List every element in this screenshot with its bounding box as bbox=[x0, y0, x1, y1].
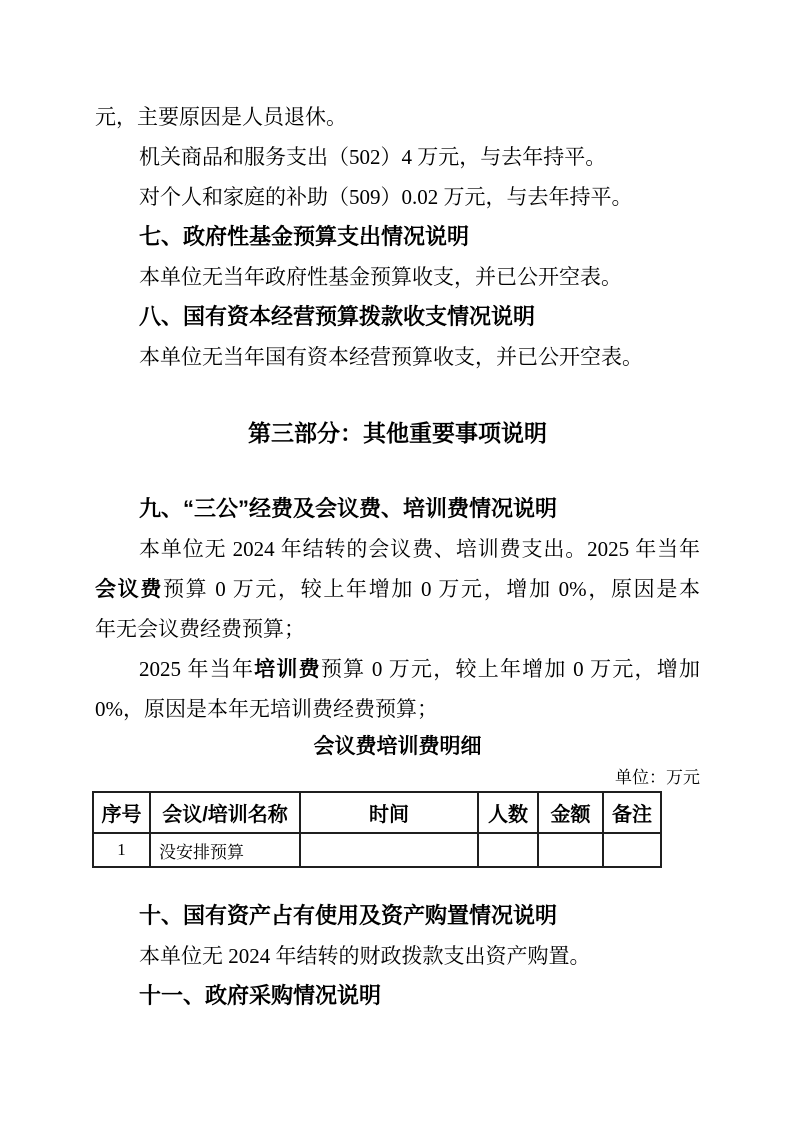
section8-heading: 八、国有资本经营预算拨款收支情况说明 bbox=[95, 297, 700, 337]
bold-term-meeting-fee: 会议费 bbox=[95, 577, 163, 601]
section8-body: 本单位无当年国有资本经营预算收支，并已公开空表。 bbox=[95, 337, 700, 377]
paragraph-text: 预算 0 万元，较上年增加 0 万元，增加 0%，原因是本 bbox=[163, 577, 700, 601]
cell-index: 1 bbox=[93, 833, 150, 867]
cell-remark bbox=[603, 833, 661, 867]
body-line-502: 机关商品和服务支出（502）4 万元，与去年持平。 bbox=[95, 137, 700, 177]
part3-title: 第三部分：其他重要事项说明 bbox=[95, 413, 700, 453]
spacer bbox=[95, 377, 700, 413]
section10-body: 本单位无 2024 年结转的财政拨款支出资产购置。 bbox=[95, 936, 700, 976]
column-header-amount: 金额 bbox=[538, 792, 603, 833]
cell-amount bbox=[538, 833, 603, 867]
table-header-row: 序号 会议/培训名称 时间 人数 金额 备注 bbox=[93, 792, 661, 833]
document-page: 元，主要原因是人员退休。 机关商品和服务支出（502）4 万元，与去年持平。 对… bbox=[0, 0, 793, 1122]
column-header-remark: 备注 bbox=[603, 792, 661, 833]
meeting-training-table: 序号 会议/培训名称 时间 人数 金额 备注 1 没安排预算 bbox=[92, 791, 662, 868]
bold-term-training-fee: 培训费 bbox=[254, 657, 321, 681]
cell-time bbox=[300, 833, 478, 867]
body-line-509: 对个人和家庭的补助（509）0.02 万元，与去年持平。 bbox=[95, 177, 700, 217]
spacer bbox=[95, 453, 700, 489]
section9-paragraph2-line2: 0%，原因是本年无培训费经费预算； bbox=[95, 689, 700, 729]
section9-paragraph1-line1: 本单位无 2024 年结转的会议费、培训费支出。2025 年当年 bbox=[95, 529, 700, 569]
column-header-name: 会议/培训名称 bbox=[150, 792, 300, 833]
column-header-people: 人数 bbox=[478, 792, 538, 833]
section7-body: 本单位无当年政府性基金预算收支，并已公开空表。 bbox=[95, 257, 700, 297]
section10-heading: 十、国有资产占有使用及资产购置情况说明 bbox=[95, 896, 700, 936]
section9-paragraph1-line2: 会议费预算 0 万元，较上年增加 0 万元，增加 0%，原因是本 bbox=[95, 569, 700, 609]
section9-heading: 九、“三公”经费及会议费、培训费情况说明 bbox=[95, 489, 700, 529]
section7-heading: 七、政府性基金预算支出情况说明 bbox=[95, 217, 700, 257]
cell-people bbox=[478, 833, 538, 867]
meeting-table-title: 会议费培训费明细 bbox=[95, 729, 700, 765]
section11-heading: 十一、政府采购情况说明 bbox=[95, 976, 700, 1016]
paragraph-tail-line: 元，主要原因是人员退休。 bbox=[95, 97, 700, 137]
section9-paragraph1-line3: 年无会议费经费预算； bbox=[95, 609, 700, 649]
section9-paragraph2-line1: 2025 年当年培训费预算 0 万元，较上年增加 0 万元，增加 bbox=[95, 649, 700, 689]
cell-name: 没安排预算 bbox=[150, 833, 300, 867]
unit-label: 单位：万元 bbox=[95, 765, 700, 791]
paragraph-text: 2025 年当年 bbox=[139, 657, 254, 681]
column-header-time: 时间 bbox=[300, 792, 478, 833]
paragraph-text: 预算 0 万元，较上年增加 0 万元，增加 bbox=[321, 657, 700, 681]
table-row: 1 没安排预算 bbox=[93, 833, 661, 867]
column-header-index: 序号 bbox=[93, 792, 150, 833]
spacer bbox=[95, 868, 700, 896]
